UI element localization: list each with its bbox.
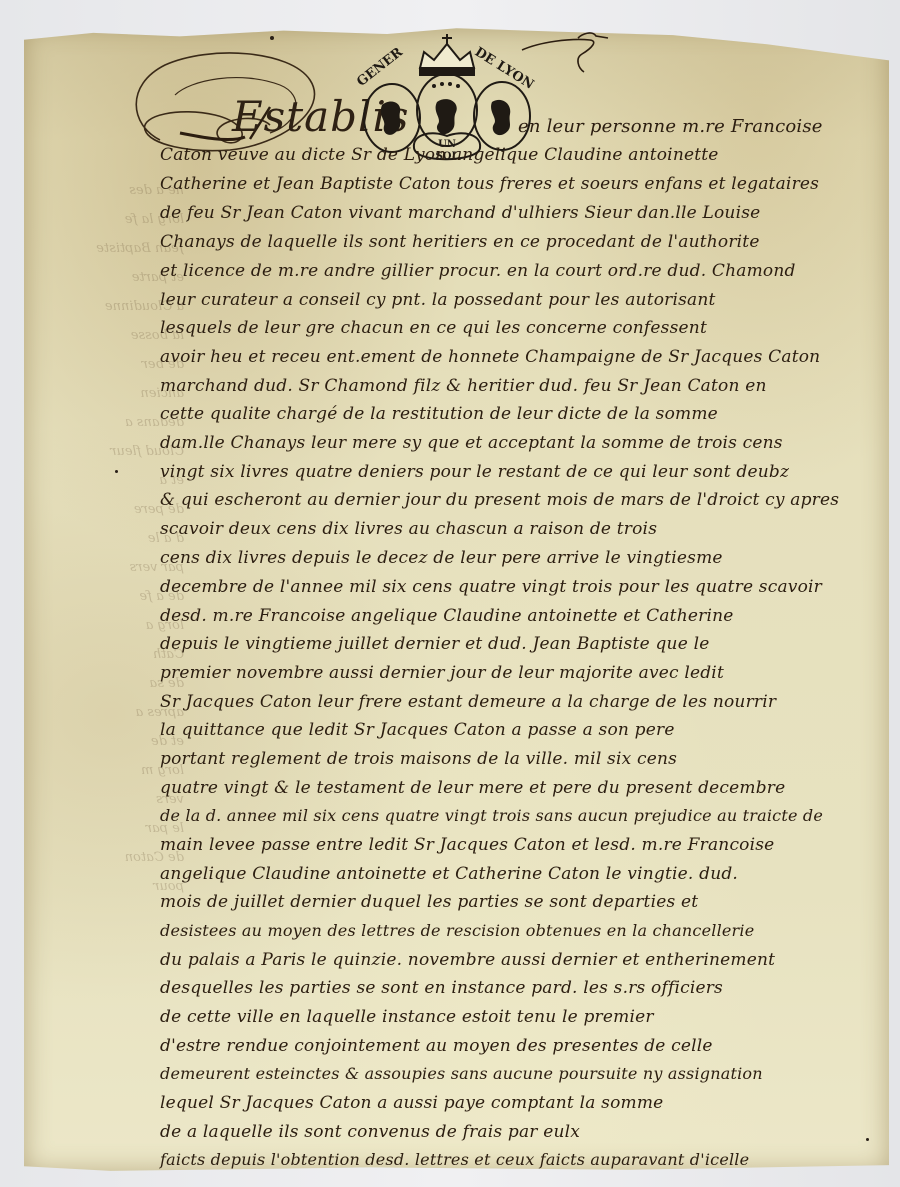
- manuscript-page: ne a des lorg la fe Jean Baptiste et par…: [24, 26, 889, 1172]
- manuscript-line-14: & qui escheront au dernier jour du prese…: [160, 490, 839, 510]
- manuscript-line-27: angelique Claudine antoinette et Catheri…: [160, 864, 738, 884]
- manuscript-line-33: d'estre rendue conjointement au moyen de…: [160, 1036, 713, 1056]
- manuscript-line-19: depuis le vingtieme juillet dernier et d…: [160, 634, 709, 654]
- manuscript-line-12: dam.lle Chanays leur mere sy que et acce…: [160, 433, 783, 453]
- manuscript-line-5: Chanays de laquelle ils sont heritiers e…: [160, 232, 760, 252]
- manuscript-line-18: desd. m.re Francoise angelique Claudine …: [160, 606, 734, 626]
- manuscript-line-31: desquelles les parties se sont en instan…: [160, 978, 723, 998]
- manuscript-line-21: Sr Jacques Caton leur frere estant demeu…: [160, 692, 776, 712]
- manuscript-line-26: main levee passe entre ledit Sr Jacques …: [160, 835, 774, 855]
- ink-speck: [115, 470, 118, 473]
- manuscript-line-11: cette qualite chargé de la restitution d…: [160, 404, 718, 424]
- manuscript-line-35: lequel Sr Jacques Caton a aussi paye com…: [160, 1093, 663, 1113]
- manuscript-line-34: demeurent esteinctes & assoupies sans au…: [160, 1064, 763, 1083]
- manuscript-line-37: faicts depuis l'obtention desd. lettres …: [160, 1150, 749, 1169]
- manuscript-line-32: de cette ville en laquelle instance esto…: [160, 1007, 654, 1027]
- manuscript-line-23: portant reglement de trois maisons de la…: [160, 749, 677, 769]
- manuscript-line-16: cens dix livres depuis le decez de leur …: [160, 548, 723, 568]
- paraph-mark: [520, 28, 610, 78]
- manuscript-line-9: avoir heu et receu ent.ement de honnete …: [160, 347, 820, 367]
- manuscript-line-15: scavoir deux cens dix livres au chascun …: [160, 519, 657, 539]
- manuscript-line-13: vingt six livres quatre deniers pour le …: [160, 462, 789, 482]
- manuscript-line-6: et licence de m.re andre gillier procur.…: [160, 261, 796, 281]
- manuscript-line-22: la quittance que ledit Sr Jacques Caton …: [160, 720, 675, 740]
- manuscript-line-1: Establis en leur personne m.re Francoise…: [518, 116, 823, 137]
- manuscript-line-29: desistees au moyen des lettres de rescis…: [160, 921, 754, 940]
- manuscript-line-8: lesquels de leur gre chacun en ce qui le…: [160, 318, 707, 338]
- manuscript-line-4: de feu Sr Jean Caton vivant marchand d'u…: [160, 203, 760, 223]
- bleed-through-text: ne a des lorg la fe Jean Baptiste et par…: [64, 176, 184, 1076]
- manuscript-line-10: marchand dud. Sr Chamond filz & heritier…: [160, 376, 767, 396]
- ink-speck: [866, 1138, 869, 1141]
- manuscript-line-2: Caton veuve au dicte Sr de Lyon angeliqu…: [160, 145, 860, 165]
- manuscript-line-24: quatre vingt & le testament de leur mere…: [160, 778, 785, 798]
- manuscript-line-17: decembre de l'annee mil six cens quatre …: [160, 577, 822, 597]
- stamp-legend-left: GENER: [354, 45, 406, 90]
- manuscript-line-7: leur curateur a conseil cy pnt. la posse…: [160, 290, 716, 310]
- manuscript-line-28: mois de juillet dernier duquel les parti…: [160, 892, 698, 912]
- manuscript-line-36: de a laquelle ils sont convenus de frais…: [160, 1122, 580, 1142]
- manuscript-line-20: premier novembre aussi dernier jour de l…: [160, 663, 724, 683]
- manuscript-line-30: du palais a Paris le quinzie. novembre a…: [160, 950, 775, 970]
- manuscript-line-3: Catherine et Jean Baptiste Caton tous fr…: [160, 174, 819, 194]
- ink-speck: [270, 36, 274, 40]
- manuscript-line-25: de la d. annee mil six cens quatre vingt…: [160, 806, 823, 825]
